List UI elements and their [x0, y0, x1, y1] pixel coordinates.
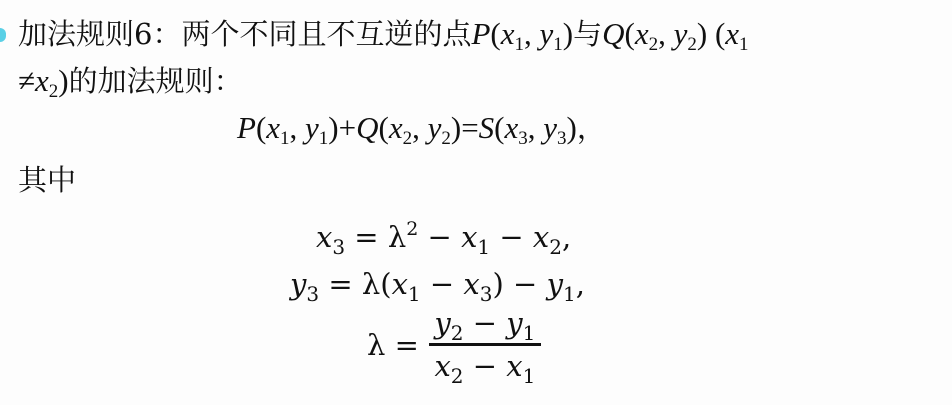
subscript: 2	[49, 81, 59, 102]
subscript: 3	[480, 282, 493, 306]
var-y: y	[434, 306, 450, 340]
var-x: x	[266, 110, 280, 145]
paren: (	[715, 16, 725, 51]
var-y: y	[547, 267, 563, 301]
point-p: P	[471, 16, 490, 51]
rule-title: 加法规则6：	[18, 17, 181, 51]
numerator: y2 − y1	[432, 305, 537, 341]
paren: )	[563, 16, 573, 51]
addition-equation: P(x1, y1)+Q(x2, y2)=S(x3, y3)，	[237, 108, 606, 148]
subscript: 1	[477, 235, 490, 259]
formula-y3: y3 = λ(x1 − x3) − y1,	[290, 264, 585, 304]
equals-lambda: = λ(	[319, 267, 391, 301]
point-p: P	[237, 110, 256, 145]
var-x: x	[505, 110, 519, 145]
subscript: 3	[332, 235, 345, 259]
comma: ,	[290, 110, 306, 145]
var-x: x	[434, 349, 450, 383]
comma: ,	[562, 220, 571, 254]
var-y: y	[543, 110, 557, 145]
subscript: 1	[319, 128, 329, 149]
subscript: 2	[687, 34, 697, 55]
subscript: 1	[515, 34, 525, 55]
subscript: 1	[523, 321, 536, 345]
minus: −	[504, 267, 547, 301]
var-y: y	[290, 267, 306, 301]
paren: )	[451, 110, 461, 145]
subscript: 2	[451, 364, 464, 388]
comma: ,	[412, 110, 428, 145]
var-x: x	[461, 220, 477, 254]
subscript: 2	[403, 128, 413, 149]
subscript: 2	[441, 128, 451, 149]
var-x: x	[316, 220, 332, 254]
var-y: y	[674, 16, 688, 51]
formula-x3: x3 = λ2 − x1 − x2,	[316, 217, 571, 257]
var-x: x	[501, 16, 515, 51]
denominator: x2 − x1	[432, 348, 537, 384]
subscript: 2	[549, 235, 562, 259]
subscript: 1	[408, 282, 421, 306]
rule-line-2: ≠x2)的加法规则：	[18, 61, 243, 101]
where-label: 其中	[18, 160, 76, 200]
point-q: Q	[356, 110, 378, 145]
subscript: 2	[649, 34, 659, 55]
var-x: x	[463, 267, 479, 301]
point-q: Q	[602, 16, 624, 51]
paren: )	[58, 63, 68, 98]
var-y: y	[540, 16, 554, 51]
comma: ,	[658, 16, 674, 51]
superscript: 2	[406, 218, 418, 240]
rule-tail: 的加法规则：	[69, 64, 243, 98]
lambda-equals: λ =	[367, 325, 419, 365]
comma: ,	[576, 267, 585, 301]
paren: )	[493, 267, 504, 301]
var-x: x	[725, 16, 739, 51]
equals: =	[461, 110, 478, 145]
neq-symbol: ≠	[18, 63, 35, 98]
paren: (	[490, 16, 500, 51]
paren: )	[328, 110, 338, 145]
trailing-comma: ，	[577, 111, 606, 145]
var-x: x	[635, 16, 649, 51]
connector: 与	[573, 17, 602, 51]
bullet-marker	[0, 28, 6, 42]
fraction-bar	[429, 343, 541, 346]
var-x: x	[35, 63, 49, 98]
subscript: 1	[563, 282, 576, 306]
comma: ,	[528, 110, 544, 145]
equals-lambda: = λ	[345, 220, 406, 254]
subscript: 3	[518, 128, 528, 149]
subscript: 3	[306, 282, 319, 306]
subscript: 3	[557, 128, 567, 149]
rule-description: 两个不同且不互逆的点	[181, 17, 471, 51]
paren: )	[567, 110, 577, 145]
point-s: S	[479, 110, 495, 145]
subscript: 2	[451, 321, 464, 345]
var-x: x	[392, 267, 408, 301]
fraction: y2 − y1 x2 − x1	[429, 305, 541, 384]
var-y: y	[305, 110, 319, 145]
subscript: 1	[523, 364, 536, 388]
var-x: x	[533, 220, 549, 254]
paren: (	[625, 16, 635, 51]
formula-lambda: λ = y2 − y1 x2 − x1	[367, 305, 541, 384]
var-y: y	[428, 110, 442, 145]
minus: −	[464, 349, 507, 383]
subscript: 1	[553, 34, 563, 55]
minus: −	[421, 267, 464, 301]
minus: −	[490, 220, 533, 254]
minus: −	[464, 306, 507, 340]
var-y: y	[506, 306, 522, 340]
paren: (	[256, 110, 266, 145]
paren: (	[494, 110, 504, 145]
subscript: 1	[280, 128, 290, 149]
var-x: x	[506, 349, 522, 383]
paren: (	[379, 110, 389, 145]
rule-line-1: 加法规则6：两个不同且不互逆的点P(x1, y1)与Q(x2, y2) (x1	[18, 14, 749, 54]
comma: ,	[524, 16, 540, 51]
var-x: x	[389, 110, 403, 145]
plus: +	[339, 110, 356, 145]
subscript: 1	[739, 34, 749, 55]
minus: −	[418, 220, 461, 254]
paren: )	[697, 16, 707, 51]
